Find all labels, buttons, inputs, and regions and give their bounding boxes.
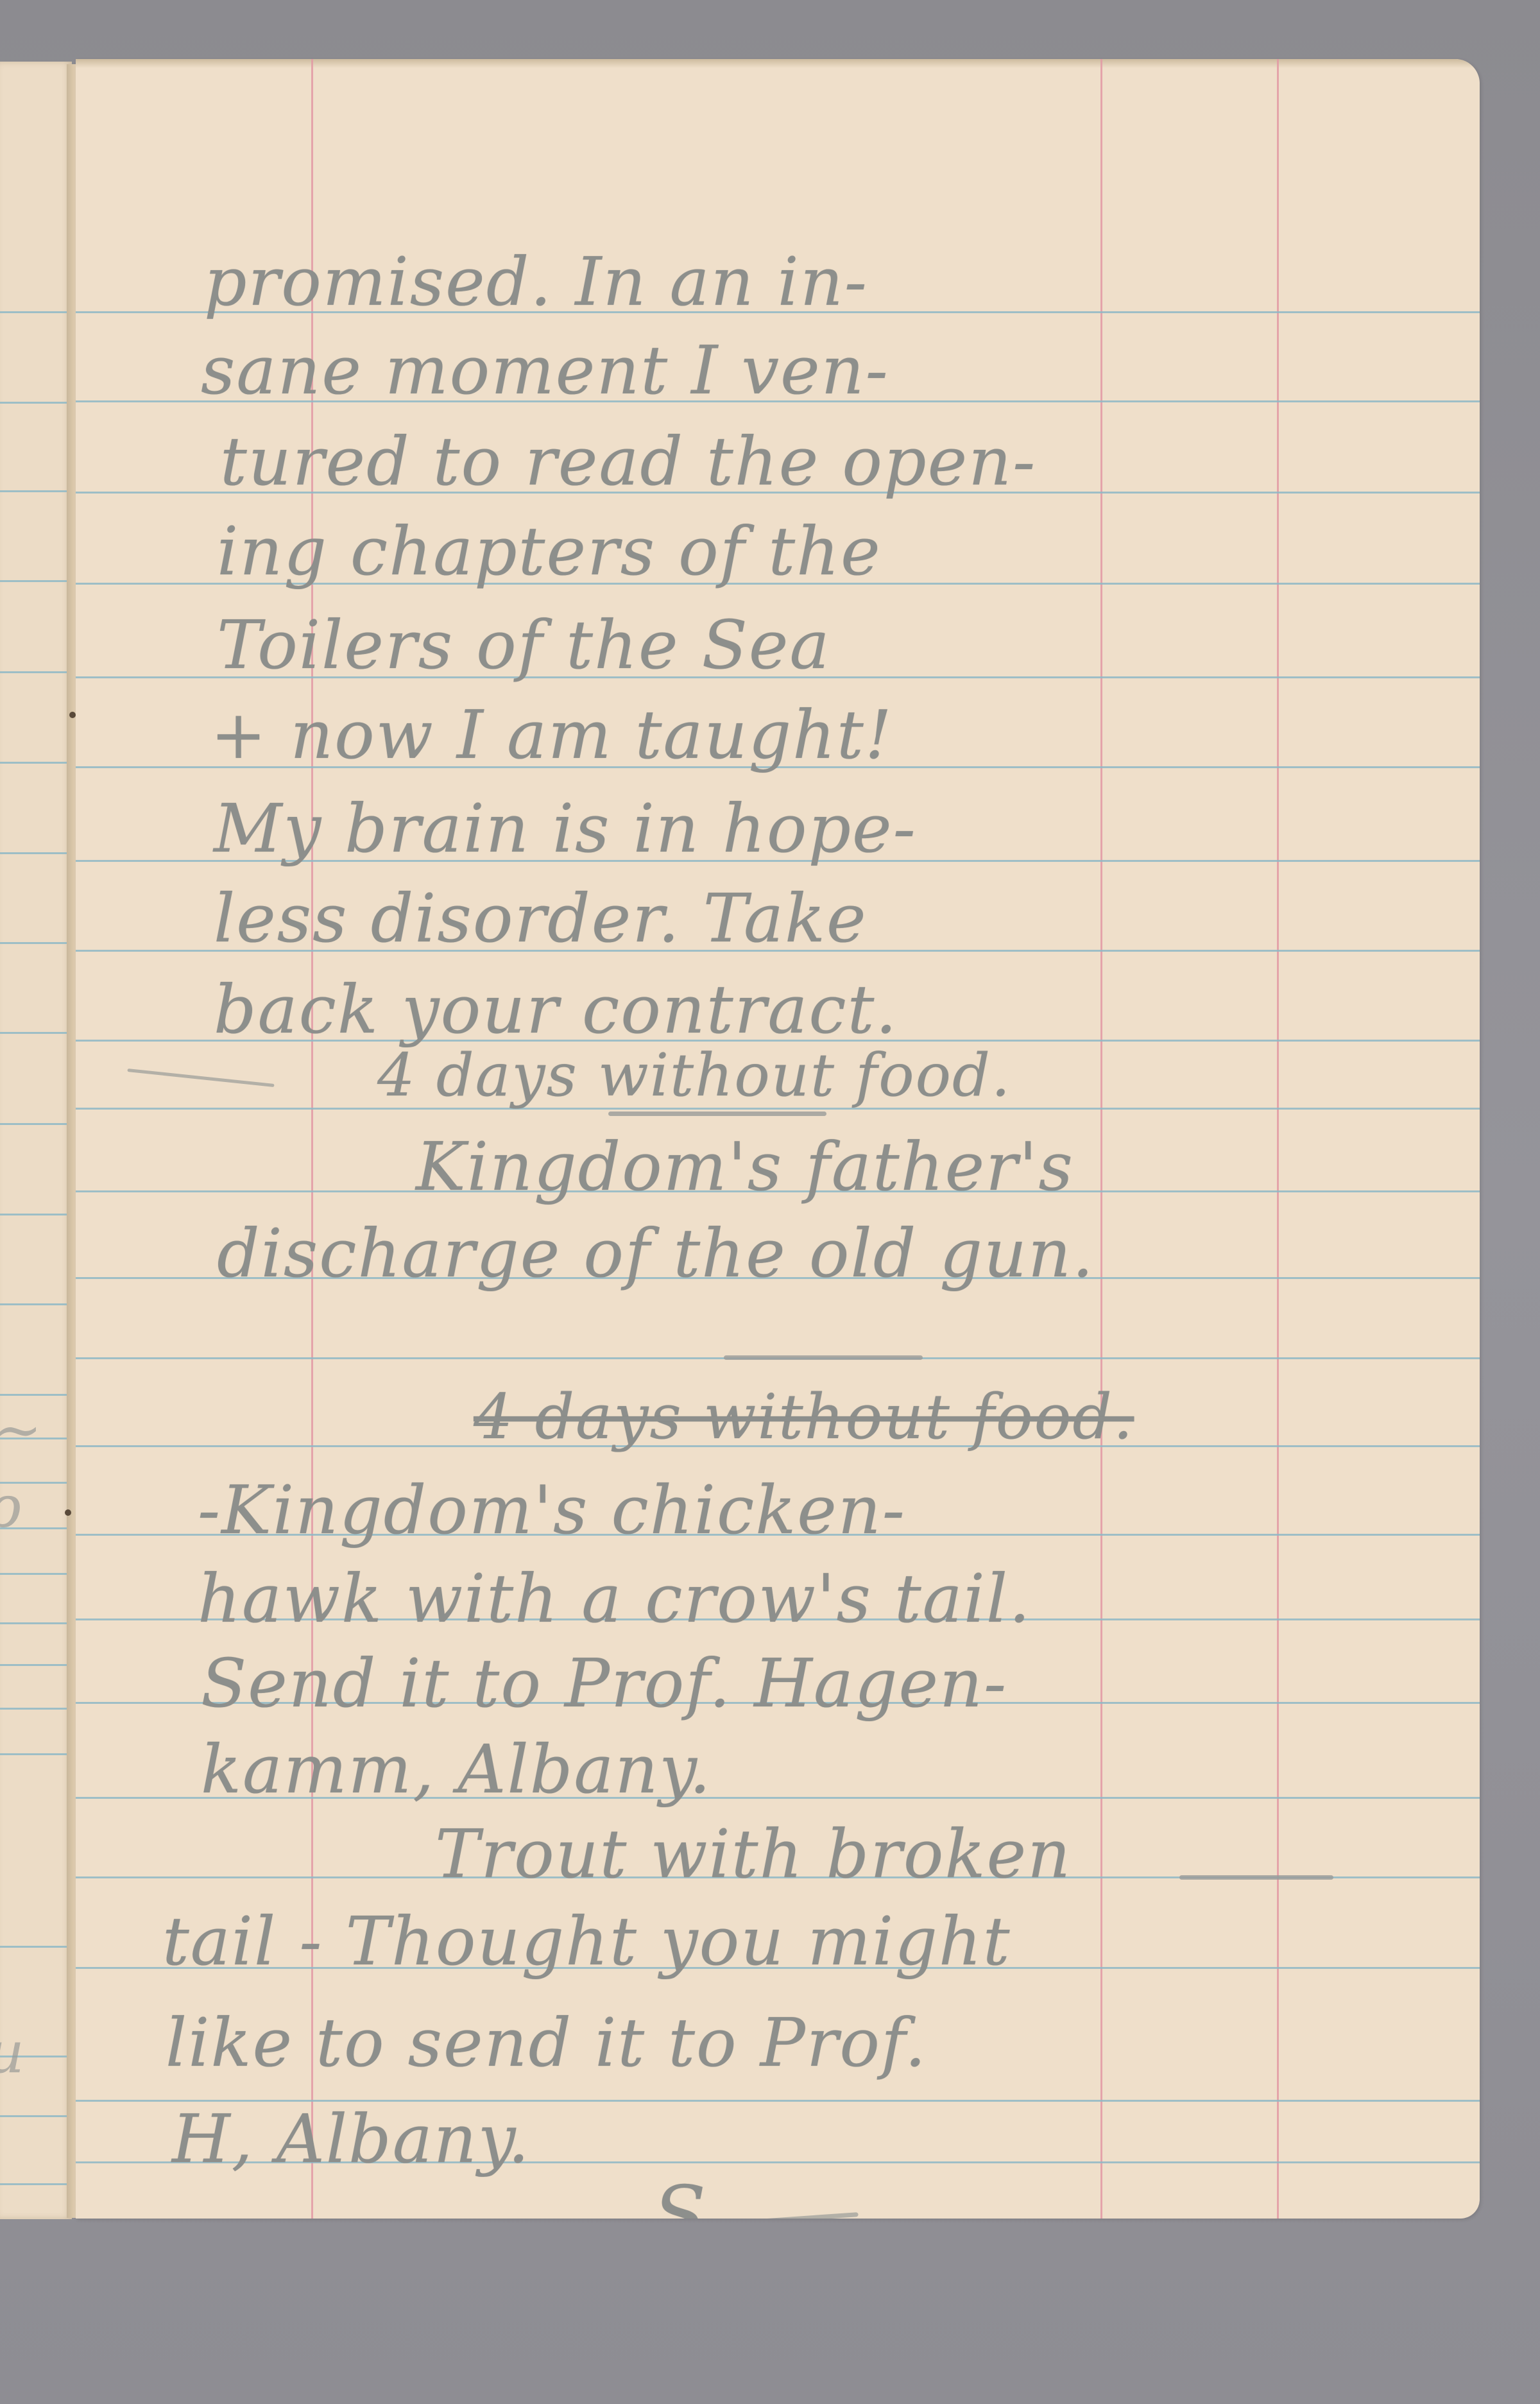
handwritten-line: hawk with a crow's tail. (198, 1559, 1031, 1638)
handwritten-line: H, Albany. (172, 2100, 531, 2178)
handwritten-line: sane moment I ven- (201, 331, 889, 409)
handwritten-line: like to send it to Prof. (166, 2004, 927, 2082)
pencil-dash (127, 1069, 274, 1087)
handwritten-line: kamm, Albany. (201, 1730, 712, 1808)
ruled-line (0, 1708, 71, 1710)
ruled-line (0, 671, 71, 673)
handwritten-line: Toilers of the Sea (217, 606, 830, 684)
ruled-line (0, 1123, 71, 1125)
handwritten-line: ing chapters of the (217, 512, 882, 590)
ruled-line (0, 402, 71, 404)
margin-line (1277, 59, 1279, 2219)
ruled-line (0, 1214, 71, 1215)
pencil-dash (1179, 1875, 1333, 1880)
handwritten-line: less disorder. Take (214, 879, 868, 957)
handwritten-line-struck: 4 days without food. (474, 1381, 1134, 1453)
handwritten-line: discharge of the old gun. (217, 1214, 1095, 1292)
handwritten-line: + now I am taught! (210, 696, 893, 774)
ruled-line (0, 580, 71, 582)
ruled-line (0, 1753, 71, 1755)
ruled-line (0, 1946, 71, 1948)
handwritten-line: tail - Thought you might (162, 1902, 1011, 1980)
ruled-line (0, 852, 71, 854)
handwritten-line: My brain is in hope- (214, 789, 917, 868)
ruled-line (0, 1664, 71, 1666)
notebook-page: promised. In an in- sane moment I ven- t… (76, 59, 1480, 2219)
handwritten-line: 4 days without food. (377, 1041, 1011, 1110)
handwritten-line: back your contract. (214, 970, 898, 1049)
ruled-line (0, 1573, 71, 1575)
ruled-line (0, 1303, 71, 1305)
facing-page-pencil-mark: ρ (0, 1473, 21, 1541)
underline-without (608, 1112, 826, 1116)
signature-initial: S (653, 2170, 707, 2219)
binding-hole (65, 1509, 71, 1516)
ruled-line (0, 762, 71, 764)
handwritten-line: tured to read the open- (220, 422, 1036, 501)
handwritten-line: -Kingdom's chicken- (198, 1471, 906, 1549)
margin-line (1100, 59, 1102, 2219)
ruled-line (0, 1394, 71, 1396)
handwritten-line: Send it to Prof. Hagen- (201, 1644, 1007, 1722)
binding-hole (69, 712, 76, 718)
facing-page-pencil-mark: ~ (0, 1396, 42, 1464)
handwritten-line: promised. In an in- (204, 243, 868, 321)
ruled-line (0, 942, 71, 944)
left-facing-page: ~ ρ u (0, 62, 72, 2219)
ruled-line (0, 490, 71, 492)
ruled-line (0, 2183, 71, 2185)
handwritten-line: Trout with broken (435, 1815, 1072, 1893)
section-divider (724, 1355, 923, 1360)
ruled-line (0, 2115, 71, 2117)
handwritten-line: Kingdom's father's (416, 1128, 1074, 1206)
facing-page-pencil-mark: u (0, 2019, 24, 2086)
ruled-line (0, 1622, 71, 1624)
ruled-line (0, 311, 71, 313)
ruled-line (0, 1032, 71, 1034)
